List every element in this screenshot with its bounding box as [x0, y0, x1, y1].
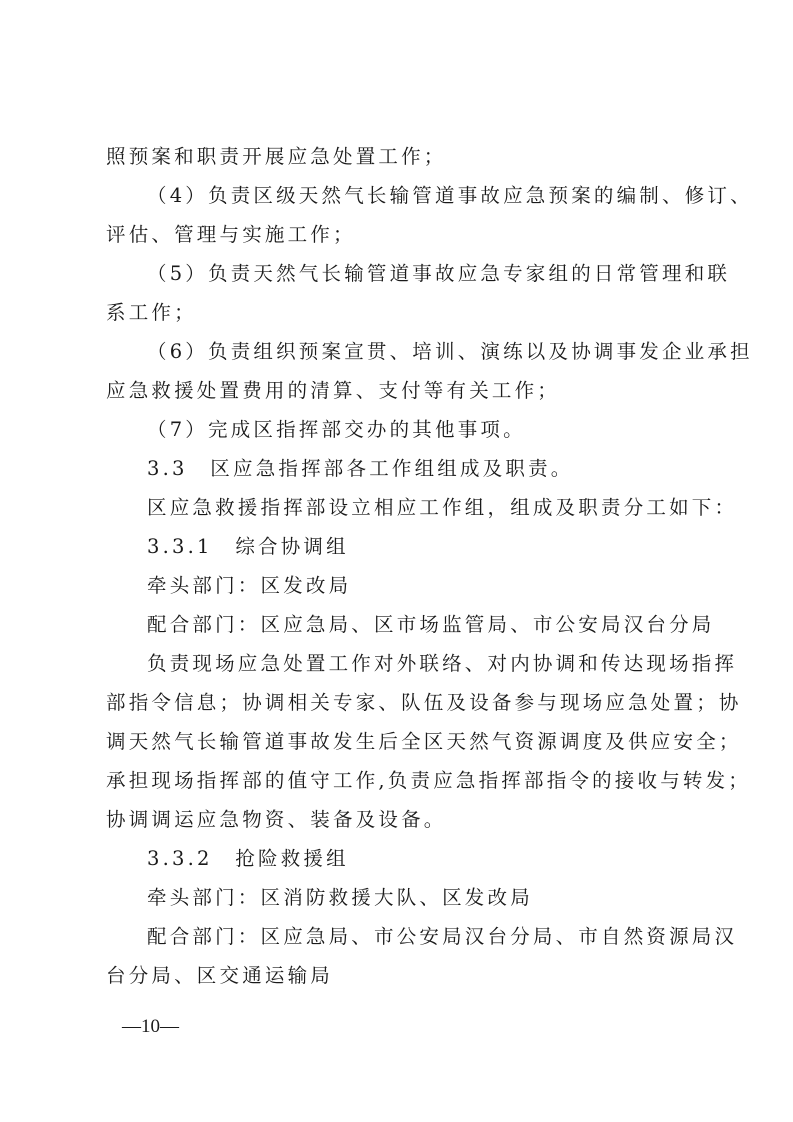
text-line: 协调调运应急物资、装备及设备。 — [106, 808, 698, 832]
list-item-4: （4）负责区级天然气长输管道事故应急预案的编制、修订、 — [147, 184, 698, 208]
duties-paragraph: 负责现场应急处置工作对外联络、对内协调和传达现场指挥 — [147, 652, 698, 676]
list-item-6: （6）负责组织预案宣贯、培训、演练以及协调事发企业承担 — [147, 340, 698, 364]
list-item-7: （7）完成区指挥部交办的其他事项。 — [147, 418, 698, 442]
text-line: 系工作； — [106, 301, 698, 325]
list-item-5: （5）负责天然气长输管道事故应急专家组的日常管理和联 — [147, 262, 698, 286]
cooperating-departments: 配合部门：区应急局、市公安局汉台分局、市自然资源局汉 — [147, 925, 698, 949]
lead-department: 牵头部门：区消防救援大队、区发改局 — [147, 886, 698, 910]
text-line: 评估、管理与实施工作； — [106, 223, 698, 247]
paragraph-intro: 区应急救援指挥部设立相应工作组，组成及职责分工如下： — [147, 496, 698, 520]
text-line: 调天然气长输管道事故发生后全区天然气资源调度及供应安全； — [106, 730, 698, 754]
text-line: 承担现场指挥部的值守工作,负责应急指挥部指令的接收与转发； — [106, 769, 698, 793]
text-line: 部指令信息；协调相关专家、队伍及设备参与现场应急处置；协 — [106, 691, 698, 715]
document-page: 照预案和职责开展应急处置工作； （4）负责区级天然气长输管道事故应急预案的编制、… — [0, 0, 793, 1122]
section-heading-3-3: 3.3 区应急指挥部各工作组组成及职责。 — [147, 457, 698, 481]
subsection-heading-3-3-1: 3.3.1 综合协调组 — [147, 535, 698, 559]
cooperating-departments: 配合部门：区应急局、区市场监管局、市公安局汉台分局 — [147, 613, 698, 637]
lead-department: 牵头部门：区发改局 — [147, 574, 698, 598]
text-line: 照预案和职责开展应急处置工作； — [106, 145, 698, 169]
text-line: 台分局、区交通运输局 — [106, 964, 698, 988]
page-number: —10— — [122, 1016, 179, 1038]
text-line: 应急救援处置费用的清算、支付等有关工作； — [106, 379, 698, 403]
subsection-heading-3-3-2: 3.3.2 抢险救援组 — [147, 847, 698, 871]
